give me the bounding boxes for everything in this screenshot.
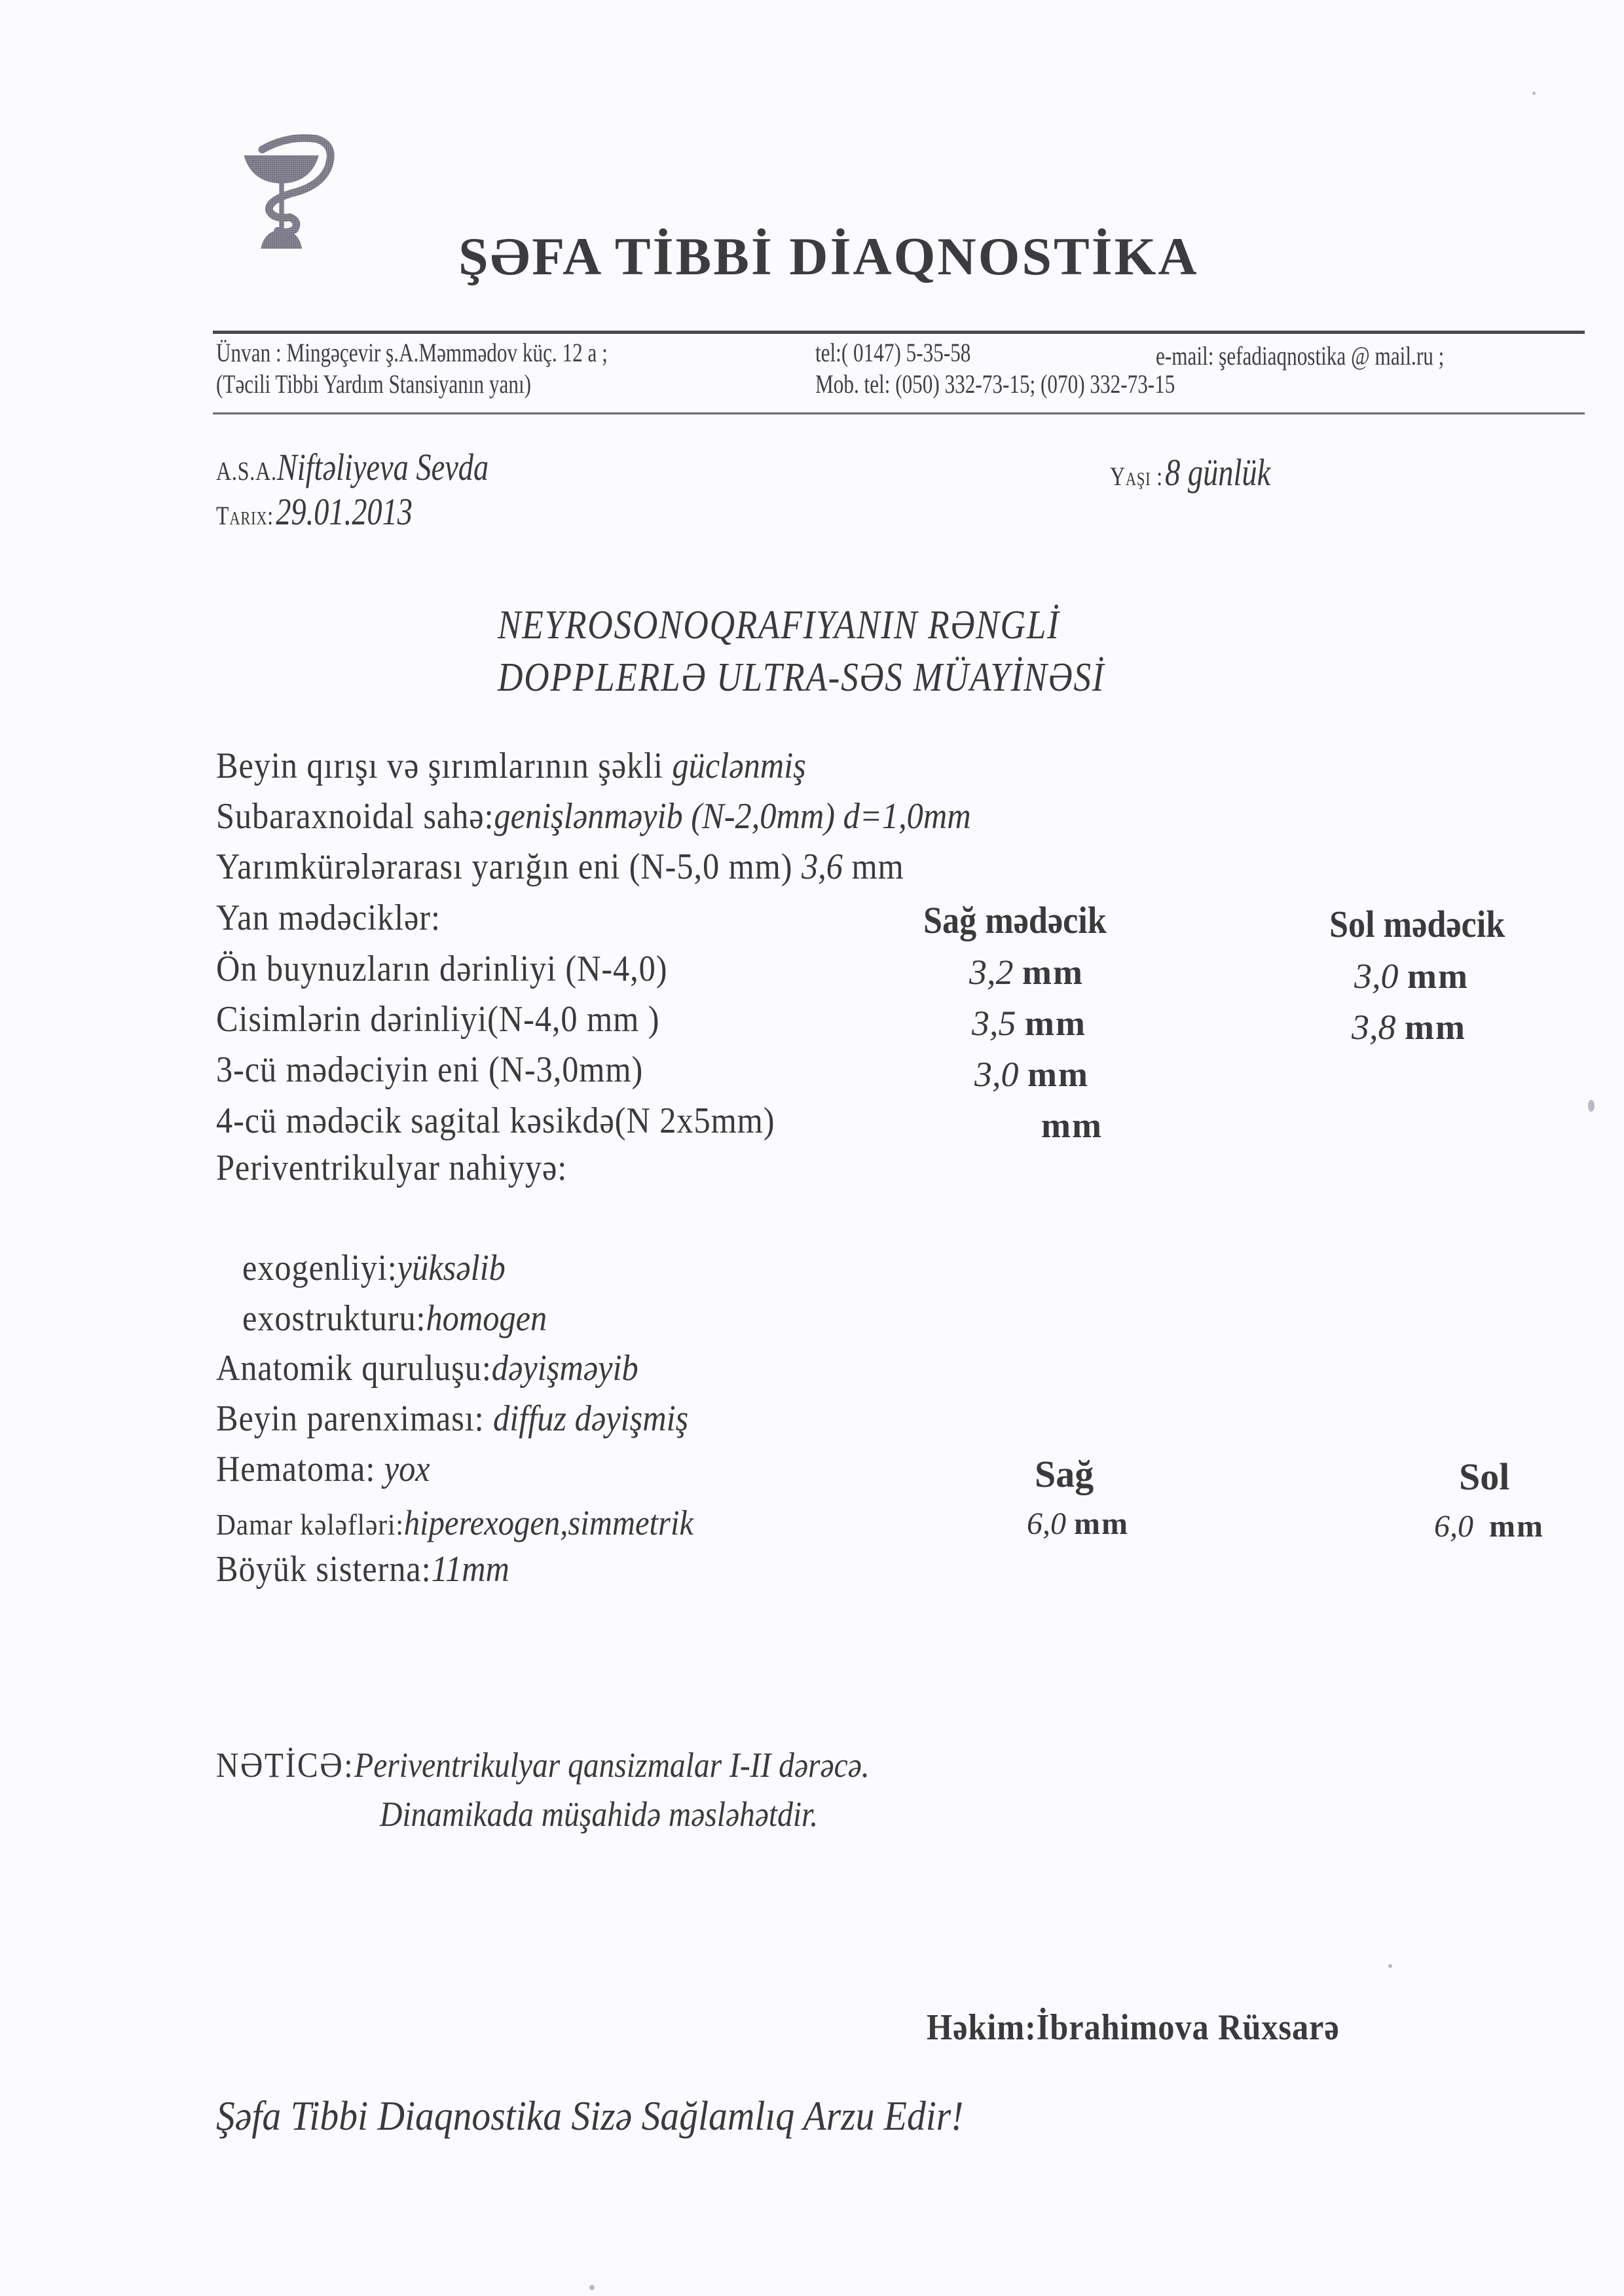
patient-name-row: A.S.A.Niftəliyeva Sevda [216, 445, 557, 489]
finding-hematoma: Hematoma: yox [216, 1448, 454, 1490]
plexus-right-value: 6,0 mm [1027, 1506, 1129, 1542]
ventricle-row-left-value: 3,8 mm [1352, 1007, 1466, 1048]
header-rule-bottom [213, 412, 1585, 414]
bowl-of-hygieia-icon [239, 111, 350, 265]
column-right-ventricle: Sağ mədəcik [923, 898, 1127, 942]
ventricle-row-right-value: 3,5 mm [972, 1003, 1086, 1044]
periventricular-label: Periventrikulyar nahiyyə: [216, 1147, 606, 1189]
conclusion-label: NƏTİCƏ: [216, 1745, 354, 1785]
address-line-2: (Təcili Tibbi Yardım Stansiyanın yanı) [216, 369, 620, 399]
age-row: Yaşı : 8 günlük [1110, 450, 1310, 494]
patient-name: Niftəliyeva Sevda [277, 446, 489, 488]
ventricle-row-label: Cisimlərin dərinliyi(N-4,0 mm ) [216, 998, 709, 1040]
patient-name-label: A.S.A. [216, 456, 277, 486]
finding-subarachnoid: Subaraxnoidal sahə:genişlənməyib (N-2,0m… [216, 795, 1055, 837]
clinic-slogan: Şəfa Tibbi Diaqnostika Sizə Sağlamlıq Ar… [216, 2092, 1046, 2140]
age-label: Yaşı : [1110, 462, 1163, 491]
ventricle-row-label: 3-cü mədəciyin eni (N-3,0mm) [216, 1049, 691, 1091]
date-label: Tarix: [216, 501, 274, 530]
column-left-plexus: Sol [1459, 1455, 1509, 1499]
scan-speck [1532, 92, 1536, 95]
ventricle-row-right-value: mm [1041, 1105, 1103, 1146]
doctor-signature: Həkim:İbrahimova Rüxsarə [927, 2007, 1386, 2049]
finding-gyri: Beyin qırışı və şırımlarının şəkli güclə… [216, 745, 872, 787]
column-right-plexus: Sağ [1035, 1452, 1094, 1496]
patient-age: 8 günlük [1165, 451, 1270, 494]
finding-anatomy: Anatomik quruluşu:dəyişməyib [216, 1347, 685, 1389]
finding-parenchyma: Beyin parenximası: diffuz dəyişmiş [216, 1398, 741, 1440]
conclusion-line-1: NƏTİCƏ:Periventrikulyar qansizmalar I-II… [216, 1745, 959, 1785]
ventricle-row-right-value: 3,2 mm [969, 952, 1084, 993]
report-title-line-1: NEYROSONOQRAFIYANIN RƏNGLİ [498, 602, 1151, 649]
plexus-left-value: 6,0 mm [1434, 1508, 1544, 1544]
finding-cisterna-magna: Böyük sisterna:11mm [216, 1548, 542, 1590]
ventricle-row-right-value: 3,0 mm [974, 1054, 1089, 1095]
finding-interhemispheric: Yarımkürələrarası yarığın eni (N-5,0 mm)… [216, 846, 980, 888]
finding-echogenicity: exogenliyi:yüksəlib [242, 1247, 534, 1289]
scan-speck [589, 2285, 595, 2290]
finding-echostructure: exostrukturu:homogen [242, 1298, 581, 1339]
scan-speck [1388, 1964, 1392, 1968]
finding-choroid-plexus: Damar kələfləri:hiperexogen,simmetrik [216, 1503, 747, 1543]
ventricle-row-left-value: 3,0 mm [1354, 956, 1469, 996]
header-rule-top [213, 331, 1585, 334]
phone: tel:( 0147) 5-35-58 [815, 337, 1014, 368]
conclusion-line-2: Dinamikada müşahidə məsləhətdir. [380, 1794, 877, 1834]
scan-speck [1588, 1100, 1595, 1112]
date-row: Tarix: 29.01.2013 [216, 490, 462, 534]
clinic-name: ŞƏFA TİBBİ DİAQNOSTİKA [458, 226, 1199, 287]
ventricle-row-label: Ön buynuzların dərinliyi (N-4,0) [216, 948, 718, 990]
ventricles-label: Yan mədəciklər: [216, 897, 466, 939]
address-line-1: Ünvan : Mingəçevir ş.A.Məmmədov küç. 12 … [216, 337, 718, 368]
ventricle-row-label: 4-cü mədəcik sagital kəsikdə(N 2x5mm) [216, 1100, 837, 1142]
mobile-phones: Mob. tel: (050) 332-73-15; (070) 332-73-… [815, 369, 1276, 399]
exam-date: 29.01.2013 [276, 490, 413, 533]
report-title-line-2: DOPPLERLƏ ULTRA-SƏS MÜAYİNƏSİ [498, 655, 1204, 701]
email: e-mail: şefadiaqnostika @ mail.ru ; [1156, 340, 1525, 371]
column-left-ventricle: Sol mədəcik [1329, 902, 1524, 946]
